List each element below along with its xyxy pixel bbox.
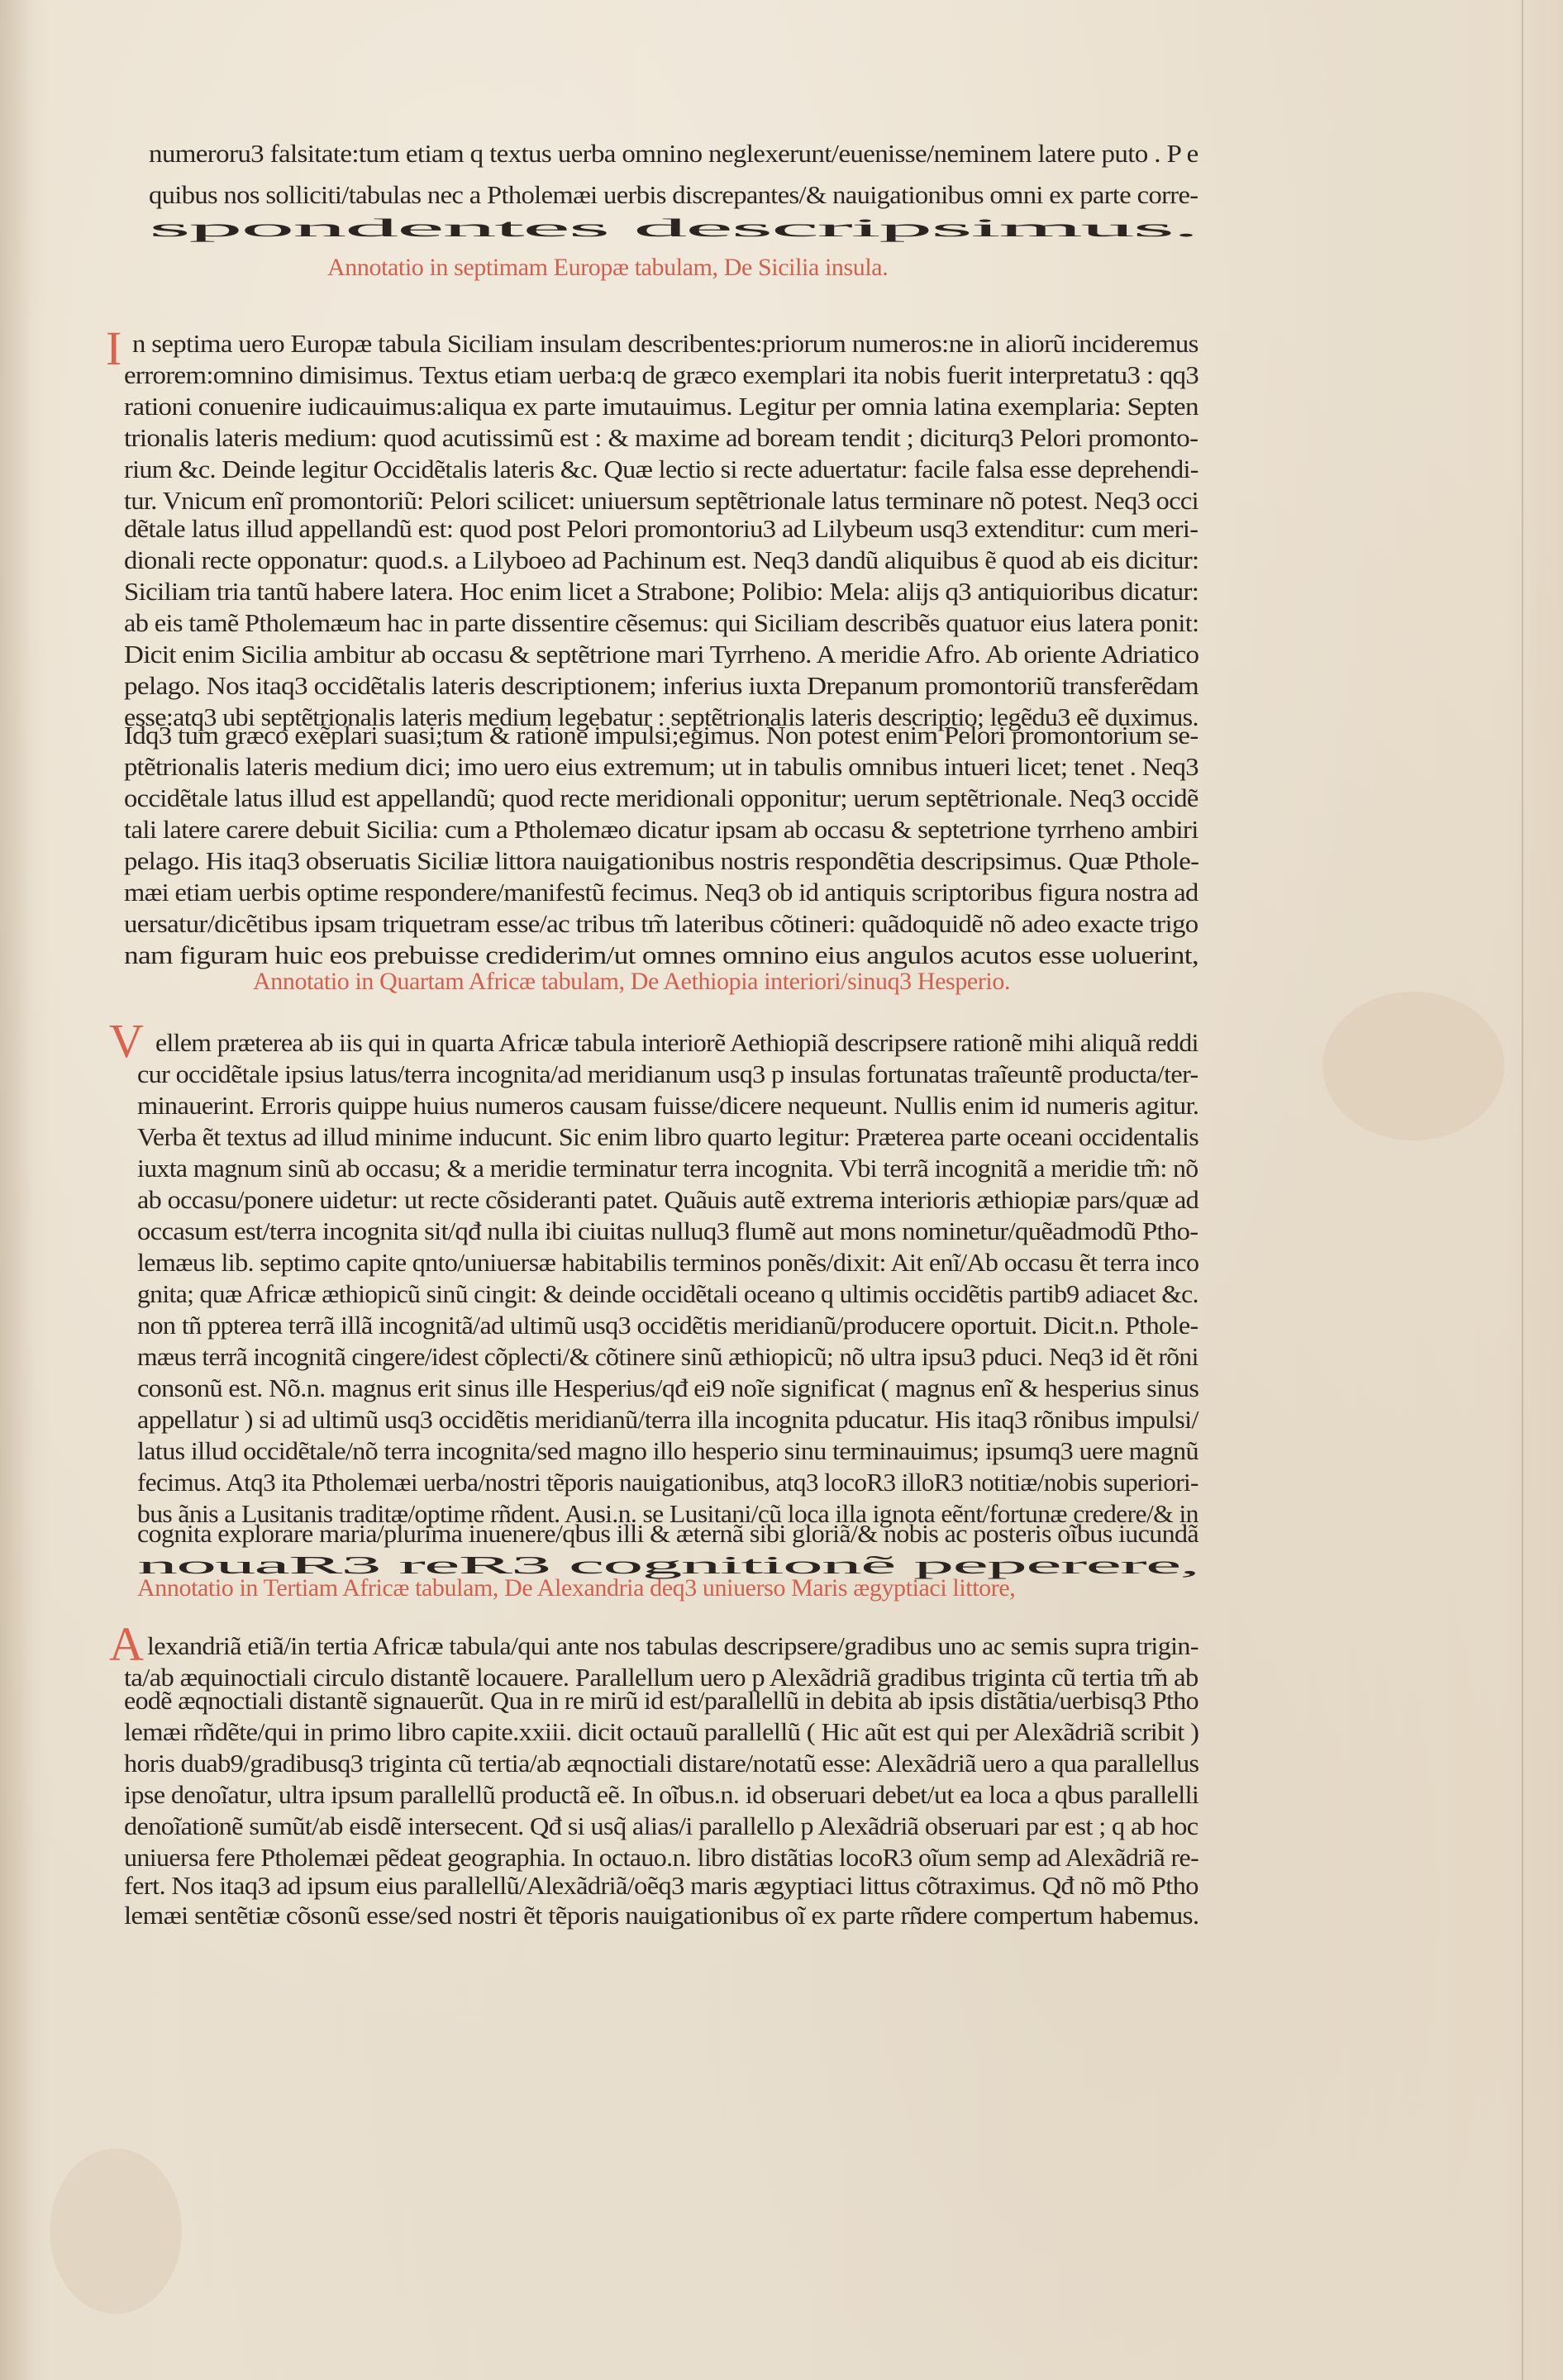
text-line: fert. Nos itaq3 ad ipsum eius parallellũ… [124,1871,1198,1901]
text-line: ptẽtrionalis lateris medium dici; imo ue… [124,752,1198,782]
text-line: nam figuram huic eos prebuisse credideri… [124,940,1198,970]
drop-cap: V [109,1016,144,1066]
text-line: appellatur ) si ad ultimũ usq3 occidẽtis… [137,1405,1198,1435]
text-line: mæus terrã incognitã cingere/idest cõple… [137,1342,1198,1372]
text-line: iuxta magnum sinũ ab occasu; & a meridie… [137,1154,1198,1183]
text-line: horis duab9/gradibusq3 triginta cũ terti… [124,1749,1198,1778]
section-heading: Annotatio in septimam Europæ tabulam, De… [327,253,888,283]
text-line: ab occasu/ponere uidetur: ut recte cõsid… [137,1185,1198,1215]
text-line: eodẽ æqnoctiali distantẽ signauerũt. Qua… [124,1686,1198,1716]
text-line: trionalis lateris medium: quod acutissim… [124,423,1198,453]
text-line: denoĩationẽ sumũt/ab eisdẽ intersecent. … [124,1811,1198,1841]
text-line: dionali recte opponatur: quod.s. a Lilyb… [124,545,1198,575]
text-line: rationi conuenire iudicauimus:aliqua ex … [124,392,1198,421]
text-line: quibus nos solliciti/tabulas nec a Pthol… [149,180,1198,210]
text-line: Verba ẽt textus ad illud minime inducunt… [137,1122,1198,1152]
page-edge [1522,0,1523,2380]
text-line: lemæi sentẽtiæ cõsonũ esse/sed nostri ẽt… [124,1901,1198,1930]
paper-stain [1322,992,1504,1140]
text-line: occidẽtale latus illud est appellandũ; q… [124,783,1198,813]
text-line: minauerint. Erroris quippe huius numeros… [137,1091,1198,1121]
text-line: cur occidẽtale ipsius latus/terra incogn… [137,1059,1198,1089]
text-line: pelago. Nos itaq3 occidẽtalis lateris de… [124,671,1198,701]
text-line: gnita; quæ Africæ æthiopicũ sinũ cingit:… [137,1279,1198,1309]
text-line: ipse denoĩatur, ultra ipsum parallellũ p… [124,1780,1198,1810]
text-line: latus illud occidẽtale/nõ terra incognit… [137,1436,1198,1466]
drop-cap: A [109,1620,144,1669]
text-line: lemæi rñdẽte/qui in primo libro capite.x… [124,1717,1198,1747]
text-line: dẽtale latus illud appellandũ est: quod … [124,514,1198,544]
gutter-shadow [0,0,33,2380]
text-line: lexandriã etiã/in tertia Africæ tabula/q… [147,1631,1198,1661]
text-line: consonũ est. Nõ.n. magnus erit sinus ill… [137,1373,1198,1403]
paper-stain [50,2149,182,2314]
text-line: tali latere carere debuit Sicilia: cum a… [124,815,1198,845]
text-line: uersatur/dicẽtibus ipsam triquetram esse… [124,909,1198,939]
text-line: non tñ ppterea terrã illã incognitã/ad u… [137,1311,1198,1340]
book-page: numeroru3 falsitate:tum etiam q textus u… [0,0,1563,2380]
text-line: Dicit enim Sicilia ambitur ab occasu & s… [124,640,1198,669]
text-line: uniuersa fere Ptholemæi pẽdeat geographi… [124,1843,1198,1873]
text-line: ellem præterea ab iis qui in quarta Afri… [155,1028,1198,1058]
text-line: Idq3 tum græco exẽplari suasi;tum & rati… [124,721,1198,750]
text-line: tur. Vnicum enĩ promontoriũ: Pelori scil… [124,486,1198,516]
text-line: lemæus lib. septimo capite qnto/uniuersæ… [137,1248,1198,1278]
text-line: fecimus. Atq3 ita Ptholemæi uerba/nostri… [137,1468,1198,1497]
text-line: rium &c. Deinde legitur Occidẽtalis late… [124,455,1198,484]
text-line: spondentes descripsimus. [149,213,1198,243]
text-line: n septima uero Europæ tabula Siciliam in… [132,329,1198,359]
text-line: mæi etiam uerbis optime respondere/manif… [124,878,1198,907]
section-heading: Annotatio in Quartam Africæ tabulam, De … [253,967,1010,997]
text-line: ab eis tamẽ Ptholemæum hac in parte diss… [124,608,1198,638]
section-heading: Annotatio in Tertiam Africæ tabulam, De … [137,1573,1015,1603]
text-line: cognita explorare maria/plurima inuenere… [137,1519,1198,1549]
text-line: numeroru3 falsitate:tum etiam q textus u… [149,139,1198,169]
text-line: Siciliam tria tantũ habere latera. Hoc e… [124,577,1198,607]
text-line: pelago. His itaq3 obseruatis Siciliæ lit… [124,846,1198,876]
drop-cap: I [106,324,122,374]
text-line: occasum est/terra incognita sit/qđ nulla… [137,1216,1198,1246]
text-line: errorem:omnino dimisimus. Textus etiam u… [124,360,1198,390]
